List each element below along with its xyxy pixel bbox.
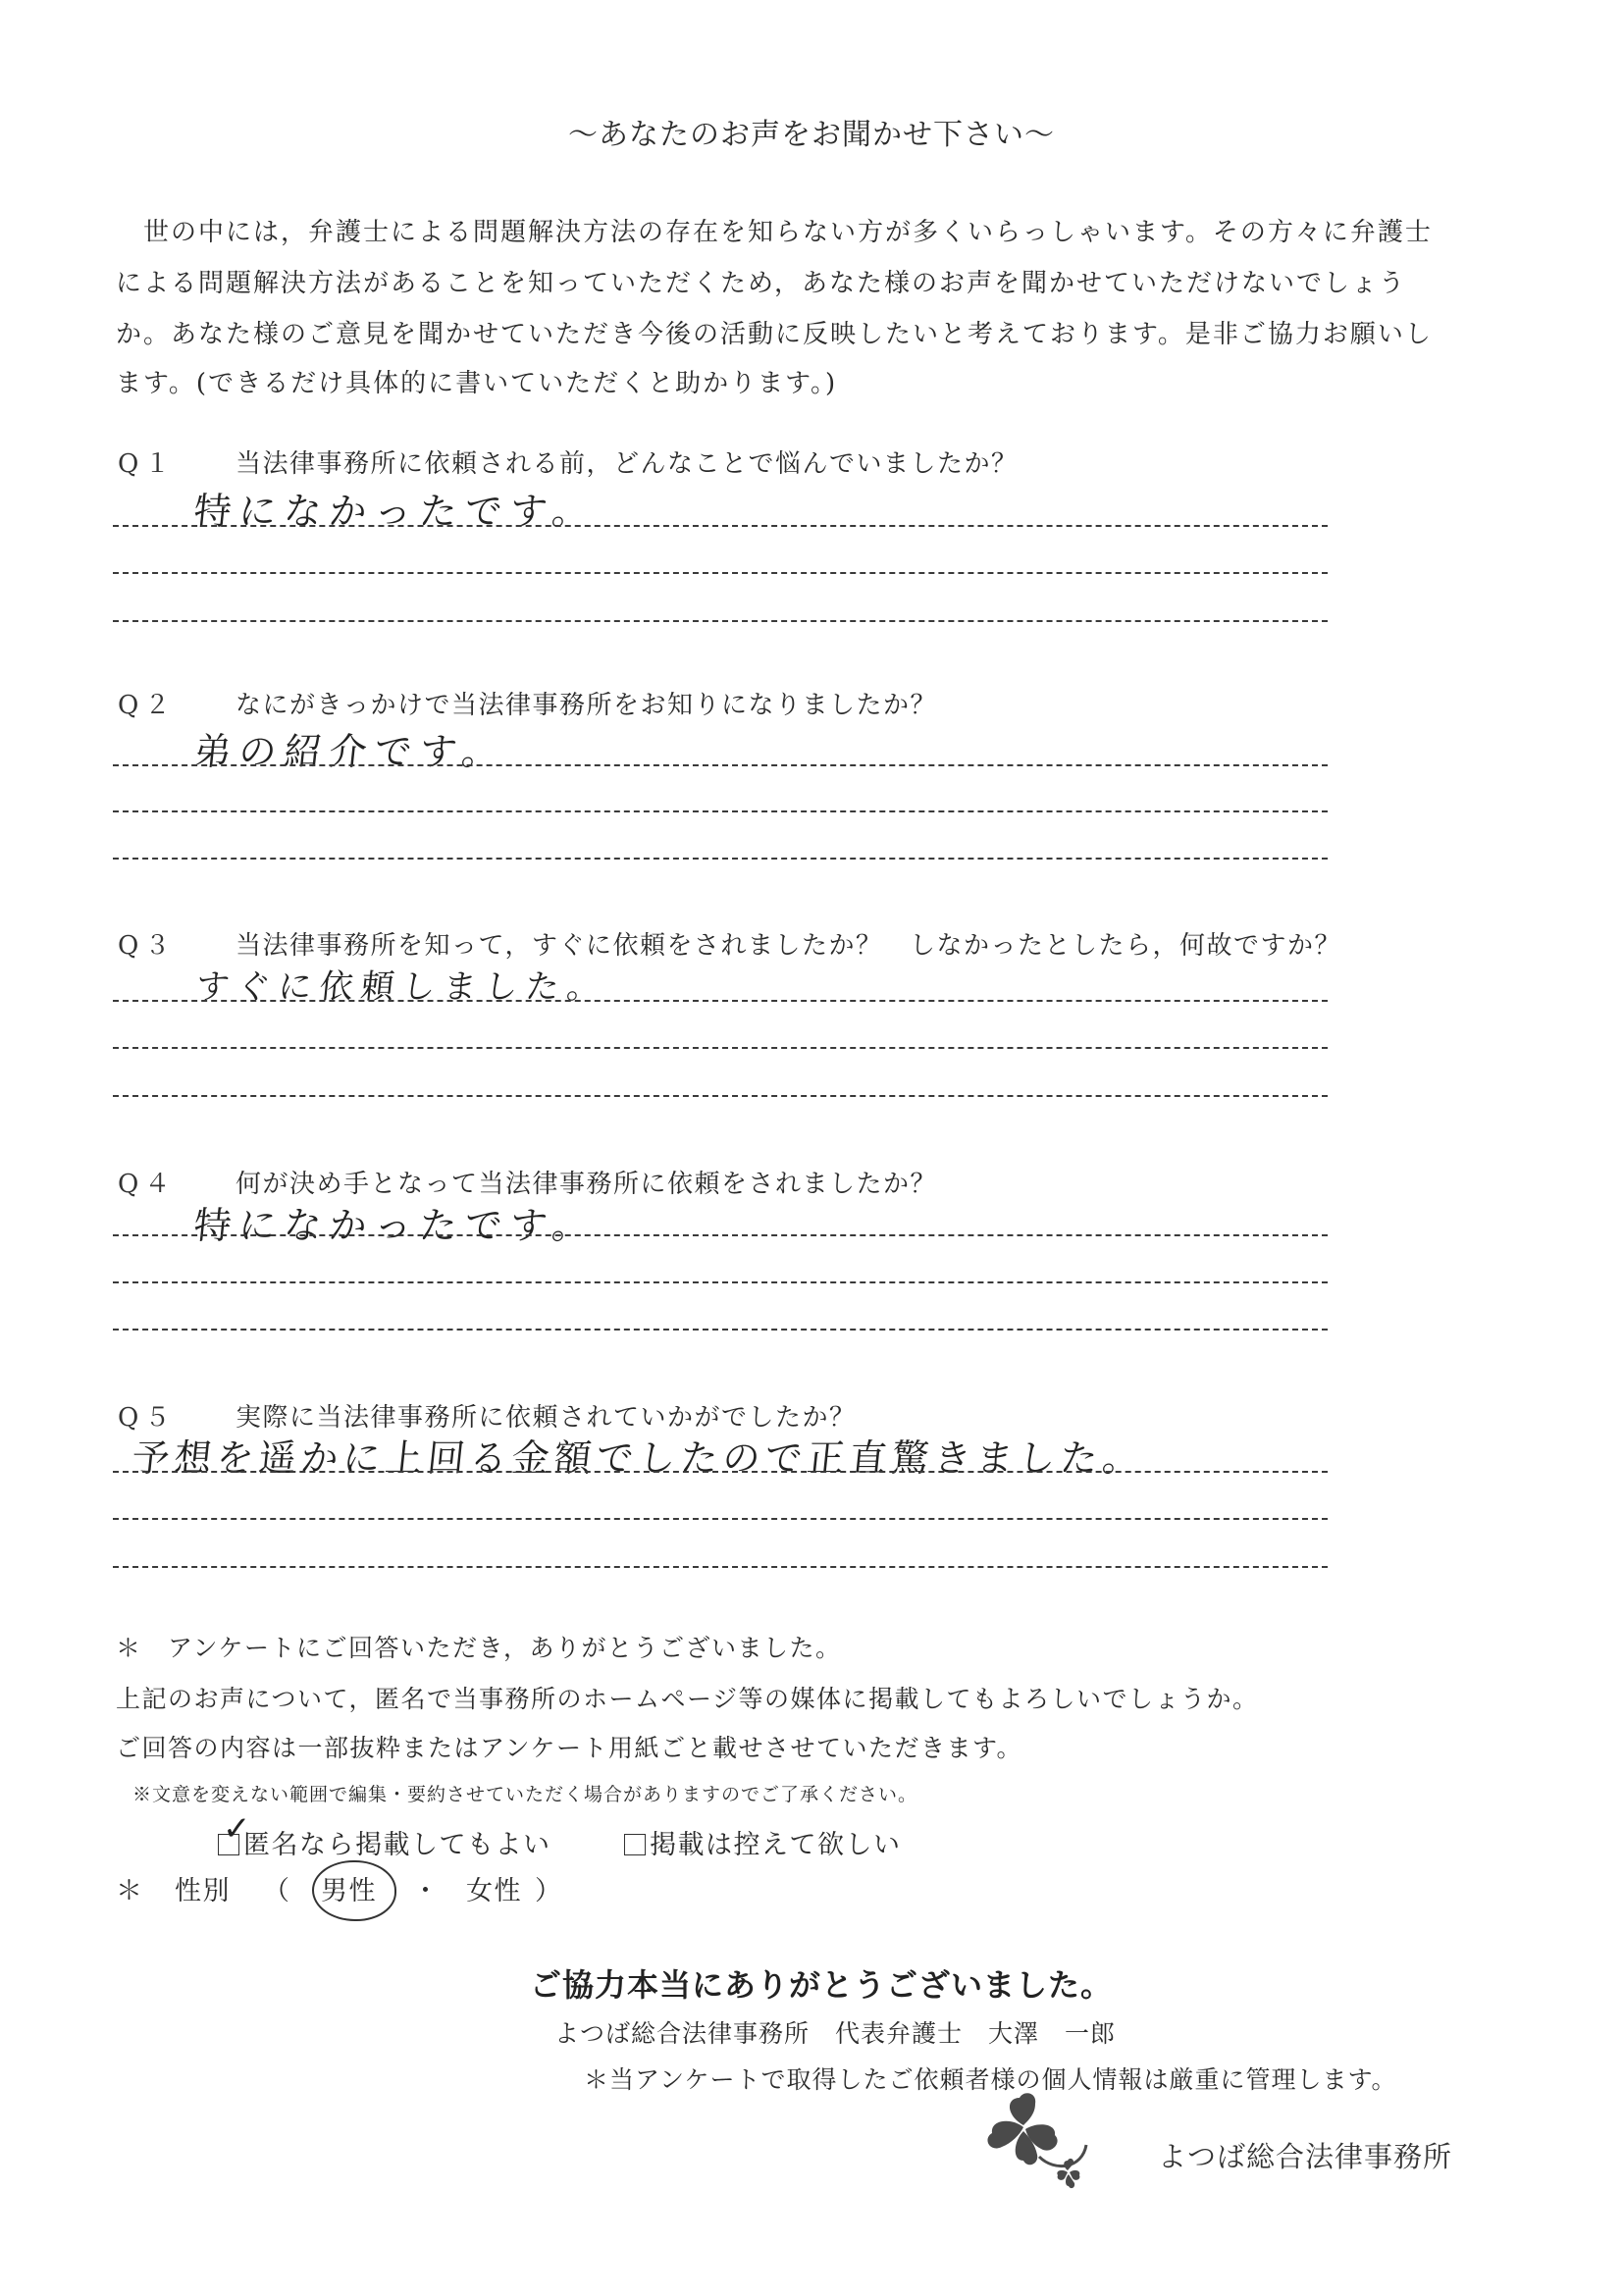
- intro-line-4: ます。(できるだけ具体的に書いていただくと助かります。): [116, 363, 837, 399]
- question-label: Q４: [118, 1164, 176, 1200]
- separator: ・: [412, 1869, 441, 1907]
- answer-line: [113, 1234, 1328, 1236]
- question-label: Q３: [118, 925, 176, 962]
- answer-line: [113, 620, 1328, 622]
- logo-text: よつば総合法律事務所: [1158, 2135, 1452, 2175]
- checkmark-icon: ✓: [223, 1809, 252, 1849]
- answer-line: [113, 858, 1328, 860]
- intro-line-1: 世の中には，弁護士による問題解決方法の存在を知らない方が多くいらっしゃいます。そ…: [116, 212, 1433, 248]
- answer-line: [113, 1095, 1328, 1097]
- option-decline[interactable]: 掲載は控えて欲しい: [624, 1823, 902, 1861]
- answer-line: [113, 1329, 1328, 1331]
- answer-line: [113, 764, 1328, 766]
- answer-line: [113, 1047, 1328, 1049]
- handwritten-answer[interactable]: 特になかったです。: [191, 1195, 601, 1249]
- publish-detail: ご回答の内容は一部抜粋またはアンケート用紙ごと載せさせていただきます。: [116, 1729, 1022, 1764]
- answer-line: [113, 1281, 1328, 1283]
- question-label: Q１: [118, 444, 176, 480]
- question-text: 当法律事務所を知って，すぐに依頼をされましたか？ しなかったとしたら，何故ですか…: [236, 925, 1341, 962]
- gender-label: 性別: [175, 1869, 231, 1907]
- answer-line: [113, 1471, 1328, 1473]
- selection-circle: [312, 1860, 396, 1921]
- question-label: Q２: [118, 685, 176, 721]
- option-label: 匿名なら掲載してもよい: [243, 1830, 551, 1860]
- checkbox-decline[interactable]: [624, 1834, 646, 1855]
- answer-line: [113, 572, 1328, 574]
- intro-line-2: による問題解決方法があることを知っていただくため，あなた様のお声を聞かせていただ…: [116, 263, 1406, 299]
- intro-line-3: か。あなた様のご意見を聞かせていただき今後の活動に反映したいと考えております。是…: [116, 314, 1433, 350]
- handwritten-answer[interactable]: 弟の紹介です。: [191, 721, 510, 775]
- close-paren: ）: [535, 1869, 563, 1907]
- publish-question: 上記のお声について，匿名で当事務所のホームページ等の媒体に掲載してもよろしいでし…: [116, 1680, 1259, 1715]
- clover-logo-icon: [976, 2088, 1104, 2198]
- open-paren: （: [263, 1869, 291, 1907]
- footer-thanks: ご協力本当にありがとうございました。: [530, 1960, 1113, 2006]
- gender-option-female[interactable]: 女性: [466, 1869, 522, 1907]
- answer-line: [113, 810, 1328, 812]
- answer-line: [113, 1566, 1328, 1568]
- answer-line: [113, 1000, 1328, 1002]
- edit-note: ※文意を変えない範囲で編集・要約させていただく場合がありますのでご了承ください。: [132, 1780, 917, 1806]
- answer-line: [113, 525, 1328, 527]
- option-anonymous-ok[interactable]: ✓ 匿名なら掲載してもよい: [218, 1823, 551, 1861]
- handwritten-answer[interactable]: 予想を遥かに上回る金額でしたので正直驚きました。: [130, 1428, 1148, 1482]
- question-text: なにがきっかけで当法律事務所をお知りになりましたか？: [236, 685, 937, 721]
- checkbox-anonymous-ok[interactable]: ✓: [218, 1834, 239, 1855]
- signature: よつば総合法律事務所 代表弁護士 大澤 一郎: [554, 2014, 1116, 2050]
- answer-line: [113, 1518, 1328, 1520]
- thanks-note: ＊ アンケートにご回答いただき，ありがとうございました。: [116, 1629, 842, 1664]
- option-label: 掲載は控えて欲しい: [650, 1830, 902, 1860]
- gender-prefix: ＊: [116, 1869, 144, 1907]
- page-title: ～あなたのお声をお聞かせ下さい～: [0, 110, 1623, 153]
- question-text: 当法律事務所に依頼される前，どんなことで悩んでいましたか？: [236, 444, 1019, 480]
